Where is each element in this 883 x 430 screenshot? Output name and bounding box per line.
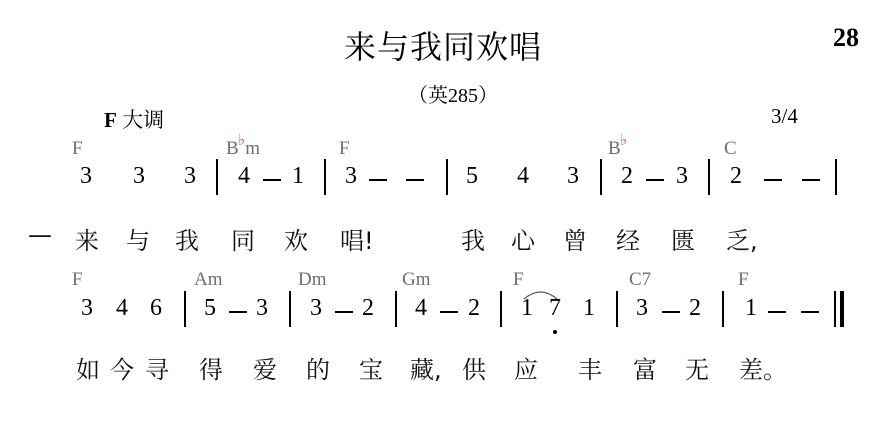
chord-symbol: Dm (298, 269, 327, 291)
note: 2 (362, 295, 374, 322)
lyric-syllable: 富 (633, 350, 657, 385)
lyric-syllable: 供 (462, 350, 486, 385)
chord-suffix: m (245, 138, 260, 159)
chord-symbol: B♭ (608, 138, 627, 160)
time-signature: 3/4 (771, 104, 798, 129)
note: 3 (80, 163, 92, 190)
lyric-syllable: 我 (461, 221, 485, 256)
flat-icon: ♭ (620, 132, 628, 149)
lyric-syllable: — (28, 221, 52, 249)
note: 2 (468, 295, 480, 322)
chord-symbol: C (724, 138, 737, 160)
note: 6 (150, 295, 162, 322)
note: 1 (583, 295, 595, 322)
sustain-dash (768, 311, 786, 313)
final-barline-thick (840, 291, 844, 327)
chord-symbol: B♭m (226, 138, 260, 160)
barline (616, 291, 618, 327)
note: 3 (81, 295, 93, 322)
sustain-dash (646, 179, 664, 181)
note: 3 (345, 163, 357, 190)
barline (289, 291, 291, 327)
note: 2 (689, 295, 701, 322)
lyric-syllable: 应 (514, 350, 538, 385)
lyric-syllable: 差。 (739, 350, 787, 385)
note: 2 (730, 163, 742, 190)
hymn-reference: （英285） (408, 79, 498, 108)
note: 1 (292, 163, 304, 190)
note: 3 (256, 295, 268, 322)
lyric-syllable: 藏, (410, 350, 442, 385)
note: 3 (184, 163, 196, 190)
note: 3 (310, 295, 322, 322)
barline (184, 291, 186, 327)
chord-root: B (608, 138, 621, 159)
lyric-syllable: 的 (306, 350, 330, 385)
chord-symbol: Am (194, 269, 223, 291)
chord-symbol: F (513, 269, 524, 291)
chord-root: B (226, 138, 239, 159)
lyric-syllable: 心 (511, 221, 535, 256)
barline (395, 291, 397, 327)
sustain-dash (229, 311, 247, 313)
sustain-dash (406, 179, 424, 181)
chord-symbol: Gm (402, 269, 431, 291)
barline (600, 159, 602, 195)
note: 4 (517, 163, 529, 190)
lyric-syllable: 与 (126, 221, 150, 256)
lyric-syllable: 得 (199, 350, 223, 385)
note: 4 (116, 295, 128, 322)
note: 3 (636, 295, 648, 322)
chord-symbol: F (738, 269, 749, 291)
note: 3 (676, 163, 688, 190)
lyric-syllable: 乏, (726, 221, 758, 256)
note: 3 (133, 163, 145, 190)
barline (446, 159, 448, 195)
sustain-dash (335, 311, 353, 313)
sustain-dash (369, 179, 387, 181)
low-octave-dot-icon (553, 330, 557, 334)
lyric-syllable: 今 (110, 350, 134, 385)
sustain-dash (440, 311, 458, 313)
lyric-syllable: 我 (175, 221, 199, 256)
lyric-syllable: 曾 (563, 221, 587, 256)
sustain-dash (801, 311, 819, 313)
chord-symbol: F (72, 269, 83, 291)
chord-symbol: C7 (629, 269, 651, 291)
note: 4 (238, 163, 250, 190)
lyric-syllable: 匮 (671, 221, 695, 256)
barline (216, 159, 218, 195)
note: 2 (621, 163, 633, 190)
sustain-dash (263, 179, 281, 181)
chord-symbol: F (72, 138, 83, 160)
lyric-syllable: 来 (75, 221, 99, 256)
note: 5 (204, 295, 216, 322)
sustain-dash (662, 311, 680, 313)
note: 5 (466, 163, 478, 190)
song-title: 来与我同欢唱 (344, 22, 542, 68)
key-signature: F 大调 (104, 104, 164, 134)
lyric-syllable: 唱! (340, 221, 374, 256)
lyric-syllable: 无 (685, 350, 709, 385)
lyric-syllable: 同 (231, 221, 255, 256)
flat-icon: ♭ (238, 132, 246, 149)
barline (500, 291, 502, 327)
barline (708, 159, 710, 195)
sustain-dash (802, 179, 820, 181)
note: 1 (745, 295, 757, 322)
lyric-syllable: 宝 (359, 350, 383, 385)
final-barline-thin (834, 291, 836, 327)
sustain-dash (764, 179, 782, 181)
barline (722, 291, 724, 327)
slur-icon (523, 285, 558, 297)
note: 4 (415, 295, 427, 322)
lyric-syllable: 经 (616, 221, 640, 256)
lyric-syllable: 寻 (145, 350, 169, 385)
lyric-syllable: 爱 (253, 350, 277, 385)
lyric-syllable: 欢 (284, 221, 308, 256)
barline (324, 159, 326, 195)
key-label: 大调 (122, 108, 164, 132)
lyric-syllable: 丰 (578, 350, 602, 385)
barline (835, 159, 837, 195)
lyric-syllable: 如 (76, 350, 100, 385)
key-letter: F (104, 108, 117, 132)
chord-symbol: F (339, 138, 350, 160)
note: 3 (567, 163, 579, 190)
page-number: 28 (833, 23, 859, 53)
